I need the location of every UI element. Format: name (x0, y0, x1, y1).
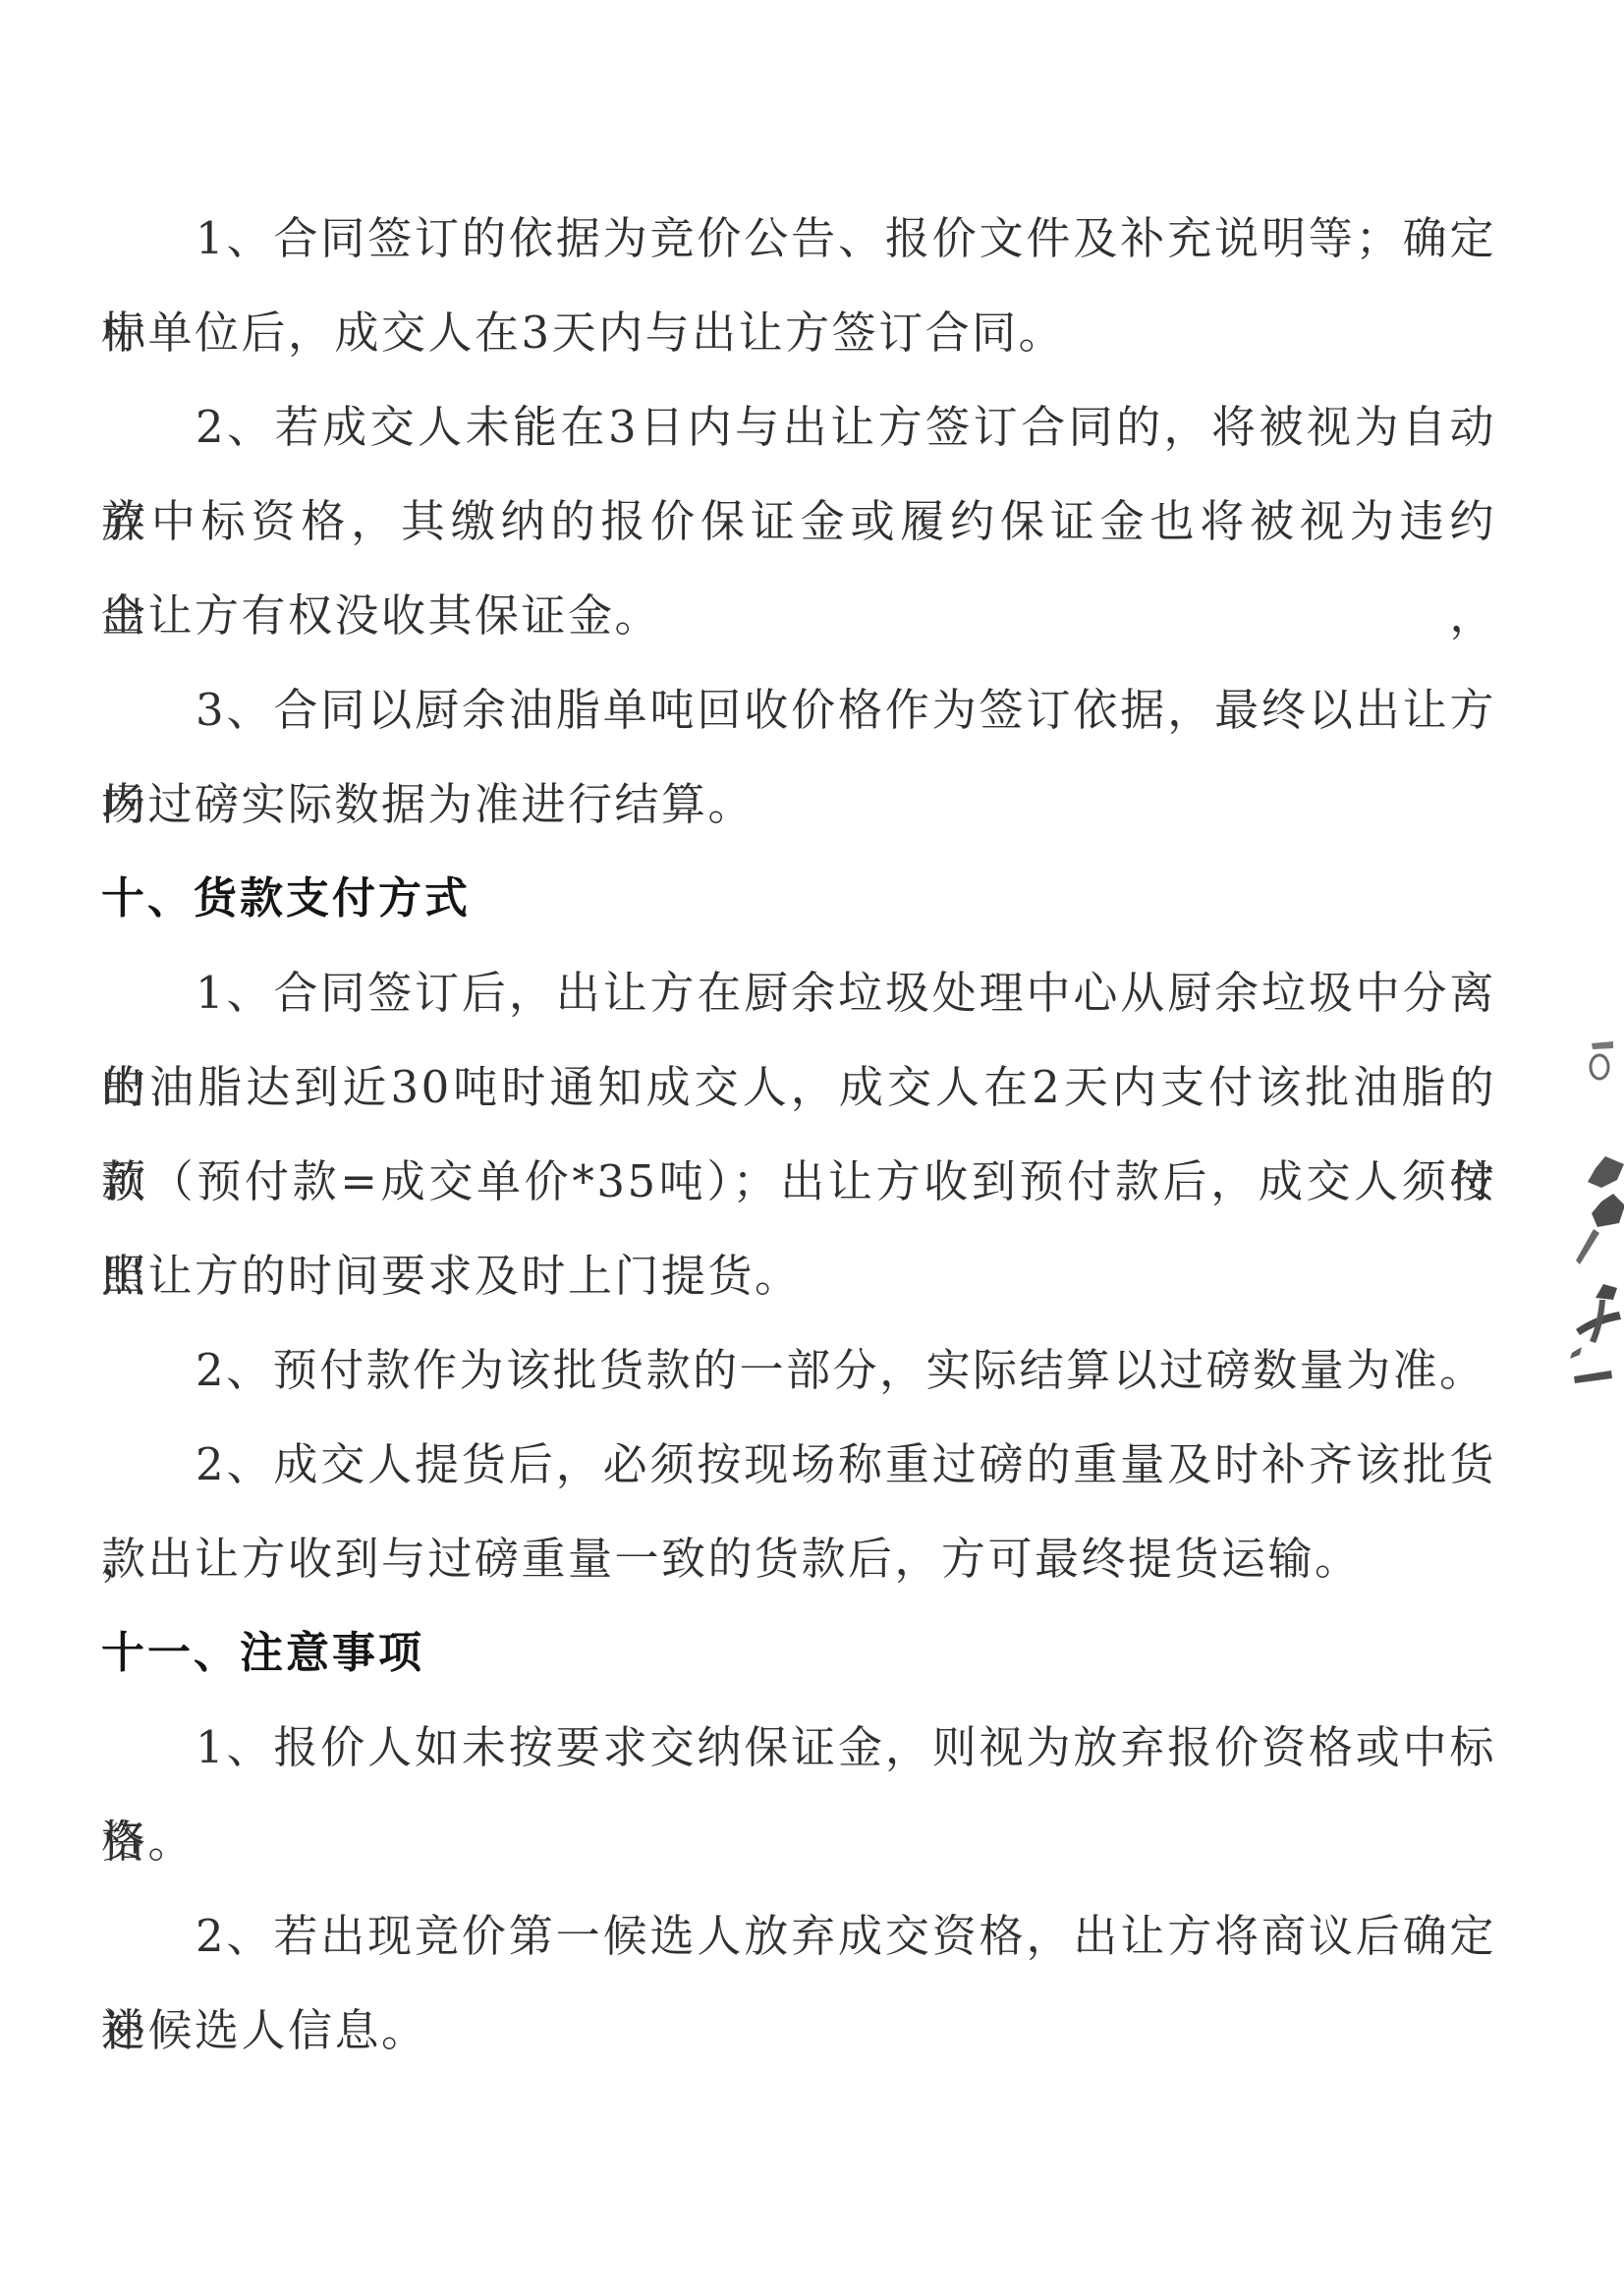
text-line: 3、合同以厨余油脂单吨回收价格作为签订依据，最终以出让方场 (101, 663, 1496, 757)
text-line: 1、合同签订的依据为竞价公告、报价文件及补充说明等；确定中 (101, 192, 1496, 286)
paragraph: 1、报价人如未按要求交纳保证金，则视为放弃报价资格或中标资格。 (101, 1701, 1496, 1889)
text-line: 标单位后，成交人在3天内与出让方签订合同。 (101, 286, 1496, 380)
ink-blot (1568, 1154, 1624, 1282)
text-line: 十、货款支付方式 (101, 852, 1496, 946)
section-heading: 十一、注意事项 (101, 1606, 1496, 1701)
ink-mark-small (1580, 1039, 1619, 1083)
text-line: 款（预付款=成交单价*35吨）；出让方收到预付款后，成交人须按照 (101, 1135, 1496, 1229)
text-line: 1、合同签订后，出让方在厨余垃圾处理中心从厨余垃圾中分离出 (101, 946, 1496, 1040)
text-line: 十一、注意事项 (101, 1606, 1496, 1701)
text-line: 补候选人信息。 (101, 1984, 1496, 2078)
text-line: 出让方的时间要求及时上门提货。 (101, 1229, 1496, 1323)
paragraph: 1、合同签订后，出让方在厨余垃圾处理中心从厨余垃圾中分离出的油脂达到近30吨时通… (101, 946, 1496, 1323)
document-body: 1、合同签订的依据为竞价公告、报价文件及补充说明等；确定中标单位后，成交人在3天… (101, 192, 1496, 2078)
paragraph: 2、若出现竞价第一候选人放弃成交资格，出让方将商议后确定递补候选人信息。 (101, 1889, 1496, 2078)
text-line: ，出让方收到与过磅重量一致的货款后，方可最终提货运输。 (101, 1512, 1496, 1606)
text-line: 1、报价人如未按要求交纳保证金，则视为放弃报价资格或中标资 (101, 1701, 1496, 1795)
text-line: 的油脂达到近30吨时通知成交人，成交人在2天内支付该批油脂的预付 (101, 1040, 1496, 1135)
text-line: 弃中标资格，其缴纳的报价保证金或履约保证金也将被视为违约金， (101, 475, 1496, 569)
text-line: 内过磅实际数据为准进行结算。 (101, 757, 1496, 852)
paragraph: 2、若成交人未能在3日内与出让方签订合同的，将被视为自动放弃中标资格，其缴纳的报… (101, 380, 1496, 663)
text-line: 格。 (101, 1795, 1496, 1889)
paragraph: 2、预付款作为该批货款的一部分，实际结算以过磅数量为准。 (101, 1323, 1496, 1418)
text-line: 2、若出现竞价第一候选人放弃成交资格，出让方将商议后确定递 (101, 1889, 1496, 1984)
paragraph: 1、合同签订的依据为竞价公告、报价文件及补充说明等；确定中标单位后，成交人在3天… (101, 192, 1496, 380)
text-line: 2、若成交人未能在3日内与出让方签订合同的，将被视为自动放 (101, 380, 1496, 475)
document-page: 1、合同签订的依据为竞价公告、报价文件及补充说明等；确定中标单位后，成交人在3天… (0, 0, 1624, 2295)
section-heading: 十、货款支付方式 (101, 852, 1496, 946)
paragraph: 2、成交人提货后，必须按现场称重过磅的重量及时补齐该批货款，出让方收到与过磅重量… (101, 1418, 1496, 1606)
pen-scribble (1566, 1282, 1624, 1390)
paragraph: 3、合同以厨余油脂单吨回收价格作为签订依据，最终以出让方场内过磅实际数据为准进行… (101, 663, 1496, 852)
text-line: 2、成交人提货后，必须按现场称重过磅的重量及时补齐该批货款 (101, 1418, 1496, 1512)
text-line: 2、预付款作为该批货款的一部分，实际结算以过磅数量为准。 (101, 1323, 1496, 1418)
